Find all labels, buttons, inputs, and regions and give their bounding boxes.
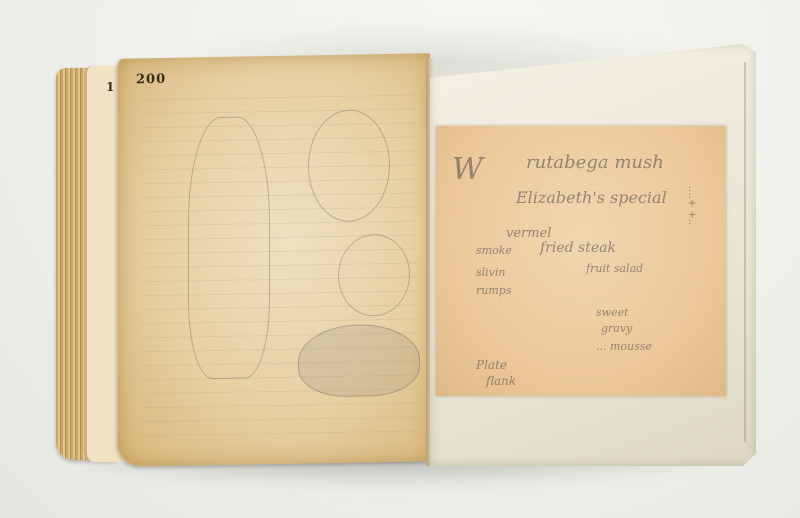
note-left-3: slivin xyxy=(476,266,506,279)
note-left-4: rumps xyxy=(476,284,511,297)
initial: W xyxy=(452,152,483,187)
note-right-7: ... mousse xyxy=(596,340,652,353)
note-left-2: smoke xyxy=(476,244,512,257)
heading: rutabega mush xyxy=(526,152,664,173)
note-left-1: vermel xyxy=(506,226,551,241)
note-right-2: fruit salad xyxy=(586,262,643,275)
sketch-hat-4 xyxy=(298,323,420,397)
cover-fold xyxy=(744,62,746,442)
edge-page-number: 1 xyxy=(106,80,114,94)
sketch-figure-1 xyxy=(188,116,270,379)
note-left-plate: Plate xyxy=(476,358,507,372)
left-page: 200 xyxy=(118,53,430,466)
page-number: 200 xyxy=(136,72,166,88)
note-left-flank: flank xyxy=(486,374,516,388)
note-right-5: sweet xyxy=(596,306,629,319)
note-right-1: fried steak xyxy=(540,240,616,256)
subheading: Elizabeth's special xyxy=(516,188,667,207)
pasted-note: W rutabega mush Elizabeth's special verm… xyxy=(436,126,726,396)
note-right-6: gravy xyxy=(601,322,632,335)
margin-note: ....+ +.. xyxy=(686,186,697,225)
